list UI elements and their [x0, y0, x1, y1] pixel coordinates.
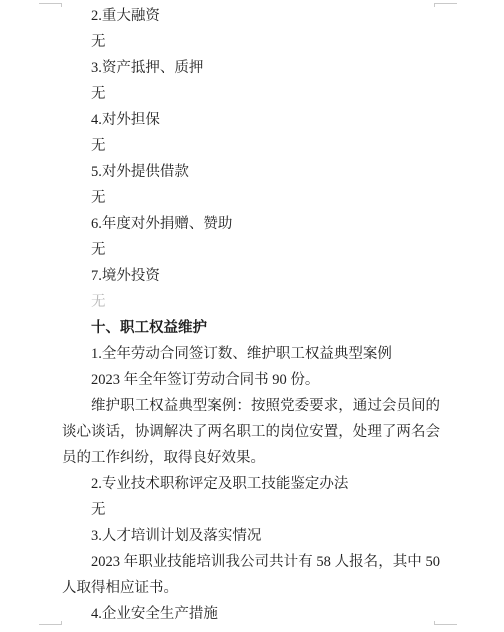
document-line: 7.境外投资 — [62, 263, 440, 289]
text-boundary-mark-bottom-left-icon — [39, 621, 62, 625]
document-line: 无 — [62, 237, 440, 263]
document-line: 2.重大融资 — [62, 3, 440, 29]
document-line: 4.企业安全生产措施 — [62, 601, 440, 627]
document-line: 5.对外提供借款 — [62, 159, 440, 185]
document-line: 2023 年全年签订劳动合同书 90 份。 — [62, 367, 440, 393]
document-line: 无 — [62, 185, 440, 211]
document-line: 谈心谈话，协调解决了两名职工的岗位安置，处理了两名会 — [62, 419, 440, 445]
document-line: 维护职工权益典型案例：按照党委要求，通过会员间的 — [62, 393, 440, 419]
document-line: 人取得相应证书。 — [62, 575, 440, 601]
document-line: 员的工作纠纷，取得良好效果。 — [62, 445, 440, 471]
document-body: 2.重大融资无3.资产抵押、质押无4.对外担保无5.对外提供借款无6.年度对外捐… — [62, 3, 440, 627]
document-line: 无 — [62, 289, 440, 315]
document-page: 2.重大融资无3.资产抵押、质押无4.对外担保无5.对外提供借款无6.年度对外捐… — [0, 0, 504, 632]
section-heading: 十、职工权益维护 — [62, 315, 440, 341]
document-line: 2.专业技术职称评定及职工技能鉴定办法 — [62, 471, 440, 497]
document-line: 无 — [62, 29, 440, 55]
text-boundary-mark-top-left-icon — [39, 3, 62, 7]
document-line: 无 — [62, 133, 440, 159]
document-line: 无 — [62, 81, 440, 107]
document-line: 6.年度对外捐赠、赞助 — [62, 211, 440, 237]
document-line: 无 — [62, 497, 440, 523]
document-line: 3.人才培训计划及落实情况 — [62, 523, 440, 549]
document-line: 3.资产抵押、质押 — [62, 55, 440, 81]
document-line: 2023 年职业技能培训我公司共计有 58 人报名，其中 50 — [62, 549, 440, 575]
document-line: 1.全年劳动合同签订数、维护职工权益典型案例 — [62, 341, 440, 367]
document-line: 4.对外担保 — [62, 107, 440, 133]
